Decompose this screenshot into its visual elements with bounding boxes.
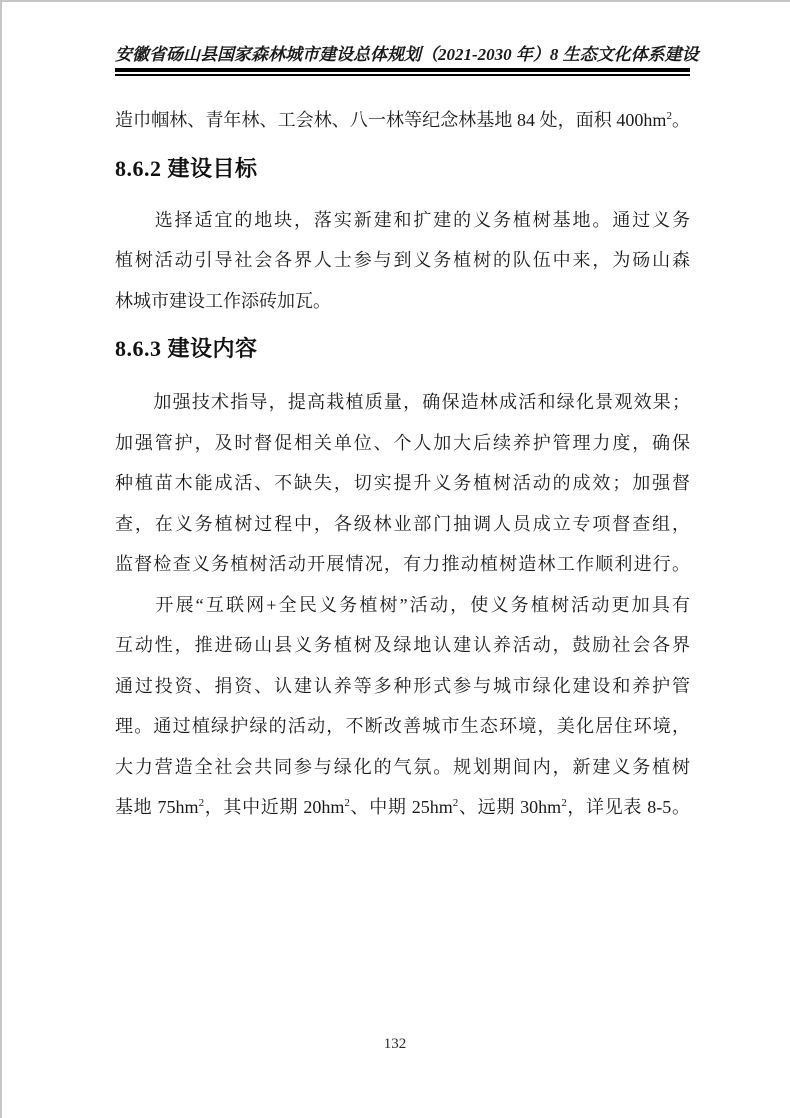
section-heading-862: 8.6.2 建设目标 bbox=[115, 154, 690, 184]
header-right-title: 8 生态文化体系建设 bbox=[550, 44, 699, 65]
paragraph-line: 林城市建设工作添砖加瓦。 bbox=[115, 281, 690, 322]
page-footer: 132 bbox=[0, 1036, 790, 1053]
paragraph-line: 监督检查义务植树活动开展情况，有力推动植树造林工作顺利进行。 bbox=[115, 544, 690, 585]
line-text: ，详见表 8-5。 bbox=[567, 797, 690, 817]
paragraph-line: 查，在义务植树过程中，各级林业部门抽调人员成立专项督查组， bbox=[115, 504, 690, 545]
line-text: 、远期 30hm bbox=[458, 797, 561, 817]
intro-continuation-line: 造巾帼林、青年林、工会林、八一林等纪念林基地 84 处，面积 400hm2。 bbox=[115, 100, 690, 141]
paragraph: 开展“互联网+全民义务植树”活动，使义务植树活动更加具有 互动性，推进砀山县义务… bbox=[115, 585, 690, 828]
paragraph: 加强技术指导，提高栽植质量，确保造林成活和绿化景观效果； 加强管护，及时督促相关… bbox=[115, 382, 690, 585]
paragraph-line: 选择适宜的地块，落实新建和扩建的义务植树基地。通过义务 bbox=[115, 200, 690, 241]
line-text: ，其中近期 20hm bbox=[204, 797, 344, 817]
paragraph-line: 开展“互联网+全民义务植树”活动，使义务植树活动更加具有 bbox=[115, 585, 690, 626]
paragraph-line-with-superscripts: 基地 75hm2，其中近期 20hm2、中期 25hm2、远期 30hm2，详见… bbox=[115, 787, 690, 828]
paragraph-line: 大力营造全社会共同参与绿化的气氛。规划期间内，新建义务植树 bbox=[115, 747, 690, 788]
paragraph-line: 理。通过植绿护绿的活动，不断改善城市生态环境，美化居住环境， bbox=[115, 706, 690, 747]
intro-text-end: 。 bbox=[672, 110, 690, 130]
line-text: 基地 75hm bbox=[115, 797, 199, 817]
paragraph-line: 互动性，推进砀山县义务植树及绿地认建认养活动，鼓励社会各界 bbox=[115, 625, 690, 666]
header-left-title: 安徽省砀山县国家森林城市建设总体规划（2021-2030 年） bbox=[115, 44, 550, 65]
paragraph-line: 加强技术指导，提高栽植质量，确保造林成活和绿化景观效果； bbox=[115, 382, 690, 423]
paragraph-line: 植树活动引导社会各界人士参与到义务植树的队伍中来，为砀山森 bbox=[115, 240, 690, 281]
document-page: 安徽省砀山县国家森林城市建设总体规划（2021-2030 年） 8 生态文化体系… bbox=[0, 0, 790, 1118]
header-rule bbox=[115, 68, 690, 76]
document-content: 造巾帼林、青年林、工会林、八一林等纪念林基地 84 处，面积 400hm2。 8… bbox=[115, 100, 690, 828]
page-header: 安徽省砀山县国家森林城市建设总体规划（2021-2030 年） 8 生态文化体系… bbox=[115, 0, 690, 76]
intro-text: 造巾帼林、青年林、工会林、八一林等纪念林基地 84 处，面积 400hm bbox=[115, 110, 666, 130]
paragraph: 选择适宜的地块，落实新建和扩建的义务植树基地。通过义务 植树活动引导社会各界人士… bbox=[115, 200, 690, 322]
paragraph-line: 加强管护，及时督促相关单位、个人加大后续养护管理力度，确保 bbox=[115, 423, 690, 464]
section-heading-863: 8.6.3 建设内容 bbox=[115, 334, 690, 364]
line-text: 、中期 25hm bbox=[350, 797, 453, 817]
paragraph-line: 通过投资、捐资、认建认养等多种形式参与城市绿化建设和养护管 bbox=[115, 666, 690, 707]
page-number: 132 bbox=[384, 1036, 407, 1052]
running-head: 安徽省砀山县国家森林城市建设总体规划（2021-2030 年） 8 生态文化体系… bbox=[115, 44, 690, 65]
paragraph-line: 种植苗木能成活、不缺失，切实提升义务植树活动的成效；加强督 bbox=[115, 463, 690, 504]
